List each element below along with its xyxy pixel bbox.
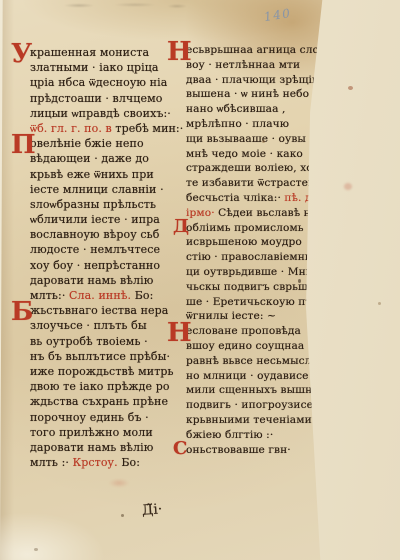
text-segment: даровати намь вѣлію [30,441,153,454]
manuscript-text-line: те избавити ѿстрастеи [186,176,314,191]
text-segment: лицыи ѡправдѣ своихъ:· [30,107,171,120]
text-segment: равнѣ вьвсе несьмыслѣ [186,355,318,367]
manuscript-text-line: нано ѡбѣсившаа , [186,102,314,117]
manuscript-text-line: ѡбличили іесте · ипра [30,212,182,227]
manuscript-text-line: ждьства съхрань прѣне [30,394,182,409]
text-segment: требѣ мин:· [115,122,183,135]
manuscript-text-line: мнѣ чедо моіе · како [186,147,314,162]
text-segment: прѣдстоаши · влчцемо [30,92,162,105]
text-segment: есьврьшнаа агница сло [186,44,319,56]
text-segment: вшоу едино соущнаа · [186,340,311,352]
manuscript-text-line: лицыи ѡправдѣ своихъ:· [30,106,182,121]
manuscript-text-line: иже порождьствѣ митрь [30,364,182,379]
ink-speckle [34,548,38,551]
manuscript-text-line: Украшенная мониста [30,45,182,60]
text-segment: людосте · немлъчтесе [30,243,160,256]
manuscript-text-line: бжіею блгтію :· [186,428,314,443]
text-segment: мнѣ чедо моіе · како [186,148,303,160]
manuscript-text-line: вѣдающеи · даже до [30,151,182,166]
manuscript-text-line: воу · нетлѣннаа мти [186,58,314,73]
text-segment: исврьшеною моудро [186,236,302,248]
text-segment: вославноую вѣроу сьб [30,228,159,241]
text-segment: дваа · плачющи зрѣщіи [186,74,319,86]
text-segment: ѿб. гл. г. по. в [30,122,115,135]
under-page-speck [378,302,381,305]
text-segment: крьвныими теченіами [186,414,312,426]
text-segment: нано ѡбѣсившаа , [186,103,285,115]
red-ink-ghost [104,476,134,490]
manuscript-text-line: вь оутробѣ твоіемь · [30,334,182,349]
manuscript-text-line: равнѣ вьвсе несьмыслѣ [186,354,314,369]
text-segment: подвигь · ипогроузисе [186,399,313,411]
manuscript-text-line: щи вьзывааше · оувы [186,132,314,147]
faint-ink-offset [58,2,198,9]
under-page-red-smudge [344,183,352,190]
text-segment: воу · нетлѣннаа мти [186,59,300,71]
manuscript-text-line: того прилѣжно моли [30,425,182,440]
manuscript-text-line: Повелѣніе бжіе непо [30,136,182,151]
text-segment: обліимь промисломь [186,222,304,234]
text-segment: бесчьстіа чліка:· [186,192,284,204]
manuscript-text-line: вышена · ѡ нинѣ небо [186,87,314,102]
manuscript-text-line: златными · іако цріца [30,60,182,75]
text-segment: млть :· [30,456,73,469]
text-segment: Сѣдеи вьславѣ напр:· [218,207,338,219]
manuscript-text-line: млть :· Крстоу. Бо: [30,455,182,470]
text-segment: страждеши воліею, хо [186,162,313,174]
manuscript-text-line: даровати намь вѣлію [30,273,182,288]
text-segment: цріа нбса ѿдесноую ніа [30,76,167,89]
manuscript-text-line: ѿгнилы іесте: ~ [186,309,314,324]
manuscript-page: 140 Украшенная монистазлатными · іако цр… [0,0,340,560]
text-segment: Сла. иннѣ. [69,289,135,302]
text-segment: ірмо· [186,207,218,219]
text-segment: пѣ. д. [284,192,315,204]
quire-signature: Д̃і· [141,501,162,518]
text-segment: мили сщенныхъ вышни [186,384,319,396]
ink-speckle [262,140,265,143]
manuscript-text-line: крьвныими теченіами [186,413,314,428]
text-segment: стію · православіемни [186,251,312,263]
manuscript-text-line: Несьврьшнаа агница сло [186,43,314,58]
text-segment: вышена · ѡ нинѣ небо [186,88,309,100]
text-segment: хоу боу · непрѣстанно [30,259,160,272]
manuscript-text-line: іесте млници славніи · [30,182,182,197]
drop-cap-initial: Д [173,219,189,235]
manuscript-text-line: но млници · оудависе [186,369,314,384]
text-segment: нъ бъ вьплътисе прѣбы· [30,350,170,363]
manuscript-text-line: злоучьсе · плъть бы [30,318,182,333]
manuscript-text-line: чьскы подвигъ сврьши [186,280,314,295]
text-segment: вь оутробѣ твоіемь · [30,335,148,348]
text-segment: ци оутврьдивше · Мни [186,266,313,278]
manuscript-text-line: ци оутврьдивше · Мни [186,265,314,280]
text-segment: но млници · оудависе [186,370,309,382]
text-segment: оньствовавше гвн· [186,444,291,456]
manuscript-text-line: мили сщенныхъ вышни [186,383,314,398]
under-page-speck [348,86,353,90]
text-segment: ѕлоѡбразны прѣльсть [30,198,156,211]
folio-number: 140 [263,6,292,24]
manuscript-text-line: исврьшеною моудро [186,235,314,250]
ink-speckle [121,514,124,517]
text-segment: Бо: [121,456,140,469]
manuscript-text-line: порочноу единь бъ · [30,410,182,425]
ink-speckle [298,279,301,283]
text-segment: ѿгнилы іесте: ~ [186,310,276,322]
manuscript-text-line: Несловане проповѣда [186,324,314,339]
manuscript-text-line: бесчьстіа чліка:· пѣ. д. [186,191,314,206]
text-segment: ше · Еретичьскоую пть [186,296,317,308]
manuscript-text-line: ірмо· Сѣдеи вьславѣ напр:· [186,206,314,221]
drop-cap-initial: С [173,441,187,457]
text-segment: щи вьзывааше · оувы [186,133,306,145]
text-segment: овелѣніе бжіе непо [30,137,144,150]
manuscript-text-line: мрѣлѣпно · плачю [186,117,314,132]
text-segment: крьвѣ еже ѿнихь при [30,168,154,181]
text-segment: двою те іако прѣжде ро [30,380,170,393]
manuscript-text-line: двою те іако прѣжде ро [30,379,182,394]
manuscript-text-line: хоу боу · непрѣстанно [30,258,182,273]
manuscript-text-line: крьвѣ еже ѿнихь при [30,167,182,182]
right-text-column: Несьврьшнаа агница словоу · нетлѣннаа мт… [186,43,314,457]
left-text-column: Украшенная монистазлатными · іако цріцац… [30,45,182,470]
manuscript-text-line: Бжьстьвнаго іества нера [30,303,182,318]
text-segment: ѡбличили іесте · ипра [30,213,160,226]
text-segment: Крстоу. [73,456,122,469]
manuscript-text-line: вославноую вѣроу сьб [30,227,182,242]
manuscript-text-line: ше · Еретичьскоую пть [186,295,314,310]
manuscript-text-line: стію · православіемни [186,250,314,265]
text-segment: ждьства съхрань прѣне [30,395,168,408]
manuscript-text-line: млть:· Сла. иннѣ. Бо: [30,288,182,303]
text-segment: крашенная мониста [30,46,149,59]
manuscript-photo: 140 Украшенная монистазлатными · іако цр… [0,0,400,560]
manuscript-text-line: Добліимь промисломь [186,221,314,236]
manuscript-text-line: прѣдстоаши · влчцемо [30,91,182,106]
text-segment: Бо: [135,289,154,302]
drop-cap-initial: У [11,42,32,66]
manuscript-text-line: дваа · плачющи зрѣщіи [186,73,314,88]
manuscript-text-line: вшоу едино соущнаа · [186,339,314,354]
text-segment: есловане проповѣда [186,325,301,337]
text-segment: мрѣлѣпно · плачю [186,118,289,130]
text-segment: того прилѣжно моли [30,426,153,439]
manuscript-text-line: даровати намь вѣлію [30,440,182,455]
text-segment: бжіею блгтію :· [186,429,273,441]
text-segment: даровати намь вѣлію [30,274,153,287]
text-segment: злоучьсе · плъть бы [30,319,147,332]
text-segment: златными · іако цріца [30,61,159,74]
manuscript-text-line: ѕлоѡбразны прѣльсть [30,197,182,212]
text-segment: млть:· [30,289,69,302]
manuscript-text-line: Соньствовавше гвн· [186,443,314,458]
text-segment: порочноу единь бъ · [30,411,149,424]
text-segment: вѣдающеи · даже до [30,152,149,165]
manuscript-text-line: цріа нбса ѿдесноую ніа [30,75,182,90]
text-segment: жьстьвнаго іества нера [30,304,168,317]
manuscript-text-line: людосте · немлъчтесе [30,242,182,257]
manuscript-text-line: нъ бъ вьплътисе прѣбы· [30,349,182,364]
text-segment: иже порождьствѣ митрь [30,365,174,378]
manuscript-text-line: страждеши воліею, хо [186,161,314,176]
text-segment: чьскы подвигъ сврьши [186,281,315,293]
manuscript-text-line: ѿб. гл. г. по. в требѣ мин:· [30,121,182,136]
manuscript-text-line: подвигь · ипогроузисе [186,398,314,413]
text-segment: іесте млници славніи · [30,183,164,196]
text-segment: те избавити ѿстрастеи [186,177,315,189]
